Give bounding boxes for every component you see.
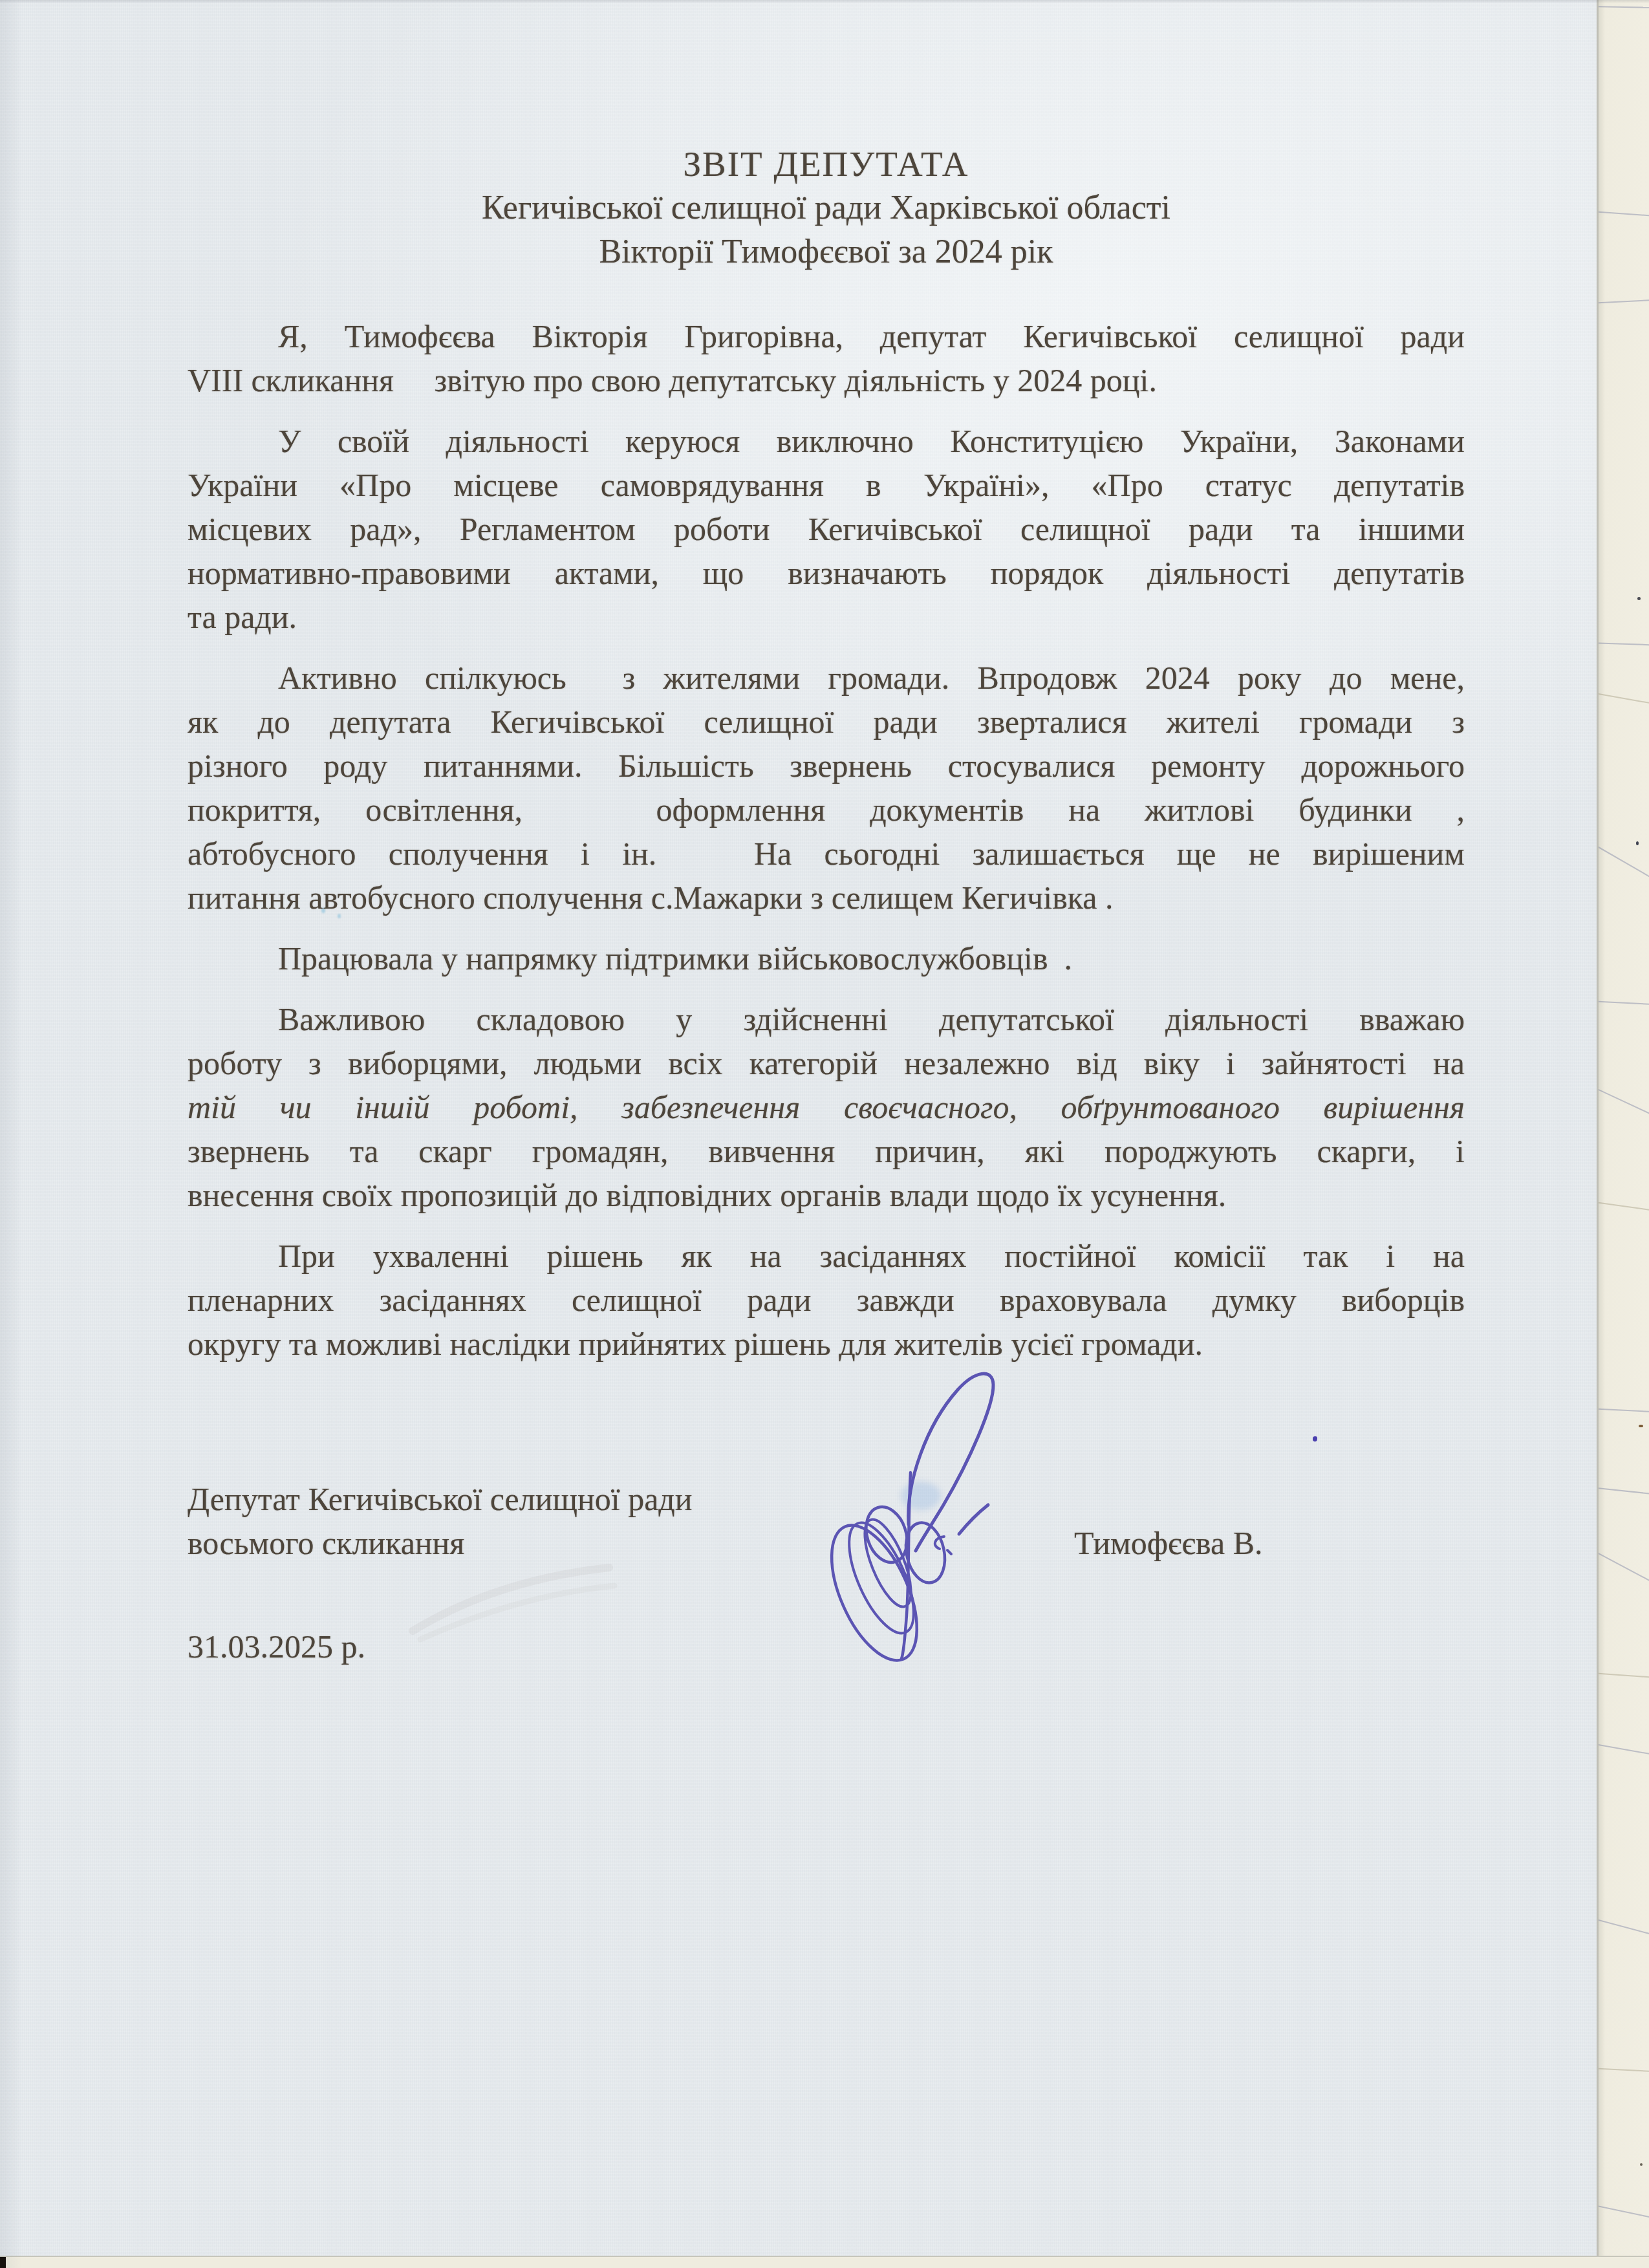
title-line-1: ЗВІТ ДЕПУТАТА [188, 142, 1465, 186]
p6-line-1: При ухваленні рішень як на засіданнях по… [188, 1234, 1465, 1278]
paragraph-1: Я, Тимофєєва Вікторія Григорівна, депута… [188, 314, 1465, 402]
p2-line-5: та ради. [188, 595, 1465, 639]
scan-line [1597, 210, 1649, 217]
handwritten-signature-ink [812, 1355, 1006, 1678]
p3-line-5: абтобусного сполучення і ін. На сьогодні… [188, 832, 1465, 876]
signature-name: Тимофєєва В. [1074, 1521, 1263, 1565]
scan-line [1597, 1085, 1649, 1122]
p3-line-2: як до депутата Кегичівської селищної рад… [188, 700, 1465, 744]
signature-oval-mid [836, 1514, 927, 1641]
p5-line-5: внесення своїх пропозицій до відповідних… [188, 1173, 1465, 1217]
scan-line [1597, 2203, 1649, 2222]
p5-line-3: тій чи іншій роботі, забезпечення своєча… [188, 1085, 1465, 1129]
title-line-2: Кегичівської селищної ради Харківської о… [188, 186, 1465, 230]
p3-line-3: різного роду питаннями. Більшість зверне… [188, 744, 1465, 788]
p2-line-3: місцевих рад», Регламентом роботи Кегичі… [188, 507, 1465, 551]
scan-speck [1639, 1425, 1643, 1427]
scan-line [1597, 1672, 1649, 1679]
scan-line [1597, 2068, 1649, 2073]
p2-line-2: України «Про місцеве самоврядування в Ук… [188, 463, 1465, 507]
scan-line [1597, 6, 1649, 8]
scan-line [1597, 1742, 1649, 1758]
p3-line-6: питання автобусного сполучення с.Мажарки… [188, 876, 1465, 920]
scan-line [1597, 1000, 1649, 1006]
scan-corner-mark [0, 2257, 6, 2268]
signature-flick [959, 1505, 988, 1534]
p3-line-1: Активно спілкуюсь з жителями громади. Вп… [188, 656, 1465, 700]
p1-line-2: VIII скликання звітую про свою депутатсь… [188, 358, 1465, 402]
scan-line [1597, 1916, 1649, 1939]
p2-line-4: нормативно-правовими актами, що визначаю… [188, 551, 1465, 595]
paragraph-5: Важливою складовою у здійсненні депутатс… [188, 997, 1465, 1217]
p5-line-1: Важливою складовою у здійсненні депутатс… [188, 997, 1465, 1041]
scan-speck [1637, 597, 1641, 600]
p5-line-4: звернень та скарг громадян, вивчення при… [188, 1129, 1465, 1173]
scan-line [1597, 1408, 1649, 1414]
p1-line-1: Я, Тимофєєва Вікторія Григорівна, депута… [188, 314, 1465, 358]
title-line-3: Вікторії Тимофєєвої за 2024 рік [188, 230, 1465, 274]
scan-speck [1640, 2163, 1643, 2166]
scan-line [1597, 642, 1649, 647]
scan-speck [1636, 841, 1639, 845]
scan-line [1597, 843, 1649, 886]
paragraph-2: У своїй діяльності керуюся виключно Конс… [188, 419, 1465, 639]
p4-line-1: Працювала у напрямку підтримки військово… [188, 936, 1465, 980]
p2-line-1: У своїй діяльності керуюся виключно Конс… [188, 419, 1465, 463]
scan-backing-right [1597, 0, 1649, 2268]
p6-line-2: пленарних засіданнях селищної ради завжд… [188, 1278, 1465, 1322]
signature-oval-outer [814, 1513, 934, 1673]
paragraph-3: Активно спілкуюсь з жителями громади. Вп… [188, 656, 1465, 920]
scan-line [1597, 1486, 1649, 1496]
p3-line-4: покриття, освітлення, оформлення докумен… [188, 788, 1465, 832]
paragraph-6: При ухваленні рішень як на засіданнях по… [188, 1234, 1465, 1366]
scan-line [1597, 1549, 1649, 1590]
document-title: ЗВІТ ДЕПУТАТА Кегичівської селищної ради… [188, 142, 1465, 274]
scan-line [1597, 1200, 1649, 1213]
paragraph-4: Працювала у напрямку підтримки військово… [188, 936, 1465, 980]
signature-big-loop [909, 1374, 993, 1551]
scan-backing-bottom [0, 2256, 1649, 2268]
scan-line [1597, 691, 1649, 707]
scan-line [1597, 299, 1649, 305]
scanned-document-page: { "doc": { "title": { "line1": "ЗВІТ ДЕП… [0, 0, 1649, 2268]
p5-line-2: роботу з виборцями, людьми всіх категорі… [188, 1041, 1465, 1085]
